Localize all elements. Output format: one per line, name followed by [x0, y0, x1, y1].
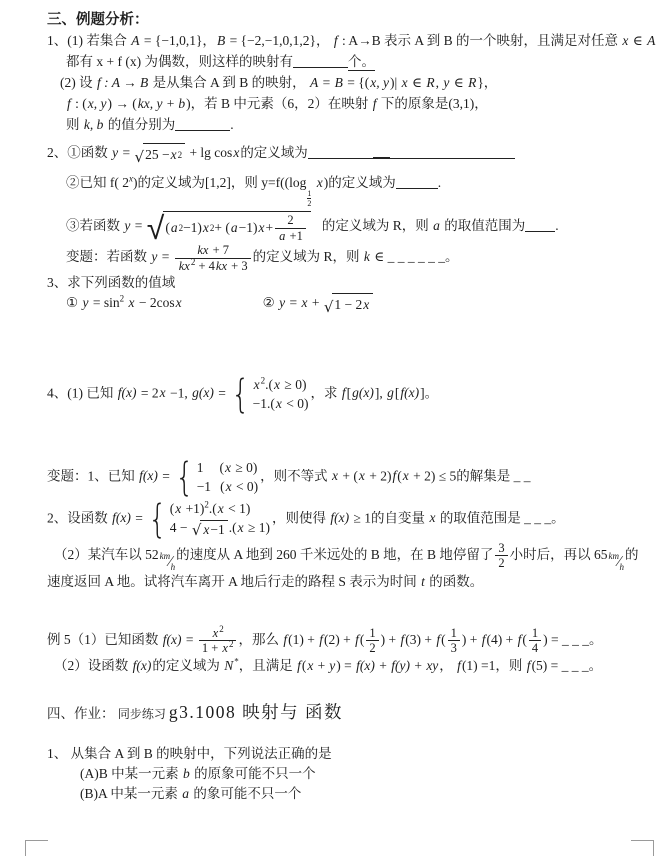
text-run: ≥ 1的自变量 [350, 510, 428, 525]
math-run: kx, y + b [137, 96, 186, 111]
text-run: 的原象可能不只一个 [191, 766, 316, 781]
math-run: N [223, 658, 234, 673]
math-run: x [258, 218, 266, 238]
text-run: .( [229, 520, 237, 535]
text-run: + 2) ≤ 5的解集是 _ _ [410, 468, 531, 483]
cases-rows: (x +1)2.(x < 1)4 − √x −1.(x ≥ 1) [170, 501, 270, 538]
math-run: g [386, 385, 395, 400]
problem-1-1-cont: 都有 x + f (x) 为偶数，则这样的映射有个。 [47, 52, 650, 72]
text-run: 是从集合 A 到 B 的映射， [149, 75, 309, 90]
text-run: 的定义域为 [240, 145, 308, 160]
text-run: + 4 [195, 259, 215, 273]
text-run: −1, [167, 385, 192, 400]
text-run: ，求 [311, 385, 341, 400]
text-run: (2) 设 [60, 75, 96, 90]
math-run: x [237, 520, 245, 535]
text-run: −1) [183, 218, 202, 238]
text-run: ③若函数 [66, 218, 123, 233]
math-run: g(x) [191, 385, 215, 400]
denominator: 3 [448, 641, 460, 655]
text-run: . [230, 117, 233, 132]
text-run: = [286, 295, 300, 310]
fraction: 32 [495, 541, 507, 571]
text-run: −1 [197, 479, 211, 494]
math-run: f(x) [162, 632, 183, 647]
brace-icon: { [175, 458, 193, 497]
denominator: 1 + x2 [199, 641, 237, 655]
text-run: 的值分别为 [104, 117, 175, 132]
math-run: f(x) [132, 658, 153, 673]
text-run: 同步练习 [118, 707, 169, 721]
text-run: 2、①函数 [47, 145, 111, 160]
radicand: 25 − x2 [143, 143, 185, 165]
text-run: = [215, 385, 229, 400]
text-run: . [438, 175, 441, 190]
square-root: √1 − 2x [324, 293, 373, 315]
text-run: = [119, 145, 133, 160]
homework-1-option-b: (B)A 中某一元素 a 的象可能不只一个 [47, 784, 650, 804]
page-margin-mark-right-icon [631, 840, 654, 856]
text-run: ∈ [629, 33, 646, 48]
math-run: y [278, 295, 286, 310]
text-run: )，若 B 中元素（6，2）在映射 [186, 96, 372, 111]
math-run: f : A → B [96, 75, 149, 90]
homework-1-option-a: (A)B 中某一元素 b 的原象可能不只一个 [47, 764, 650, 784]
text-run: . [555, 218, 558, 233]
text-run: 三、例题分析： [47, 12, 149, 28]
text-run: ，则使得 [272, 510, 329, 525]
text-run: + [411, 658, 425, 673]
text-run: 的取值范围是 _ _ _。 [436, 510, 564, 525]
text-run: < 0) [283, 396, 309, 411]
fraction: kx + 7kx2 + 4kx + 3 [175, 243, 251, 273]
math-run: x [159, 385, 167, 400]
text-run: = [131, 218, 145, 233]
text-run: + ( [339, 468, 358, 483]
text-run: < 1) [225, 501, 251, 516]
math-run: x [202, 218, 210, 238]
text-run: ( [522, 632, 527, 647]
radicand: (a2 −1)x2 + (a −1)x + 2a +1 [163, 211, 311, 243]
problem-2-1: 2、①函数 y = √25 − x2 + lg cosx的定义域为 [47, 143, 650, 165]
stack-top: 1 [307, 189, 311, 198]
math-run: x [202, 522, 210, 538]
problem-2-2: ②已知 f( 2x)的定义域为[1,2]，则 y=f((log12 x)的定义域… [47, 173, 650, 208]
blank-underline [175, 128, 230, 131]
blank-underline [525, 229, 555, 232]
text-run: 都有 x + f (x) 为偶数，则这样的映射有 [66, 54, 293, 69]
text-run: ) → ( [108, 96, 137, 111]
text-run: −1.( [253, 396, 275, 411]
piecewise-cases: {x2.(x ≥ 0)−1.(x < 0) [231, 377, 308, 412]
math-run: x [273, 377, 281, 392]
radicand: 1 − 2x [332, 293, 373, 315]
math-run: g(x) [351, 385, 375, 400]
fraction: x21 + x2 [199, 626, 237, 656]
text-run: ，则不等式 [260, 468, 331, 483]
homework-1: 1、 从集合 A 到 B 的映射中，下列说法正确的是 [47, 744, 650, 764]
text-run: 的 [625, 547, 639, 562]
text-run: ∈ [450, 75, 467, 90]
text-run: − 2cos [135, 295, 174, 310]
problem-3: 3、求下列函数的值域 [47, 273, 650, 293]
fraction: 14 [529, 626, 541, 656]
document-page: 三、例题分析：1、(1) 若集合 A = {−1,0,1}，B = {−2,−1… [0, 0, 668, 864]
text-run: = {−1,0,1}， [141, 33, 216, 48]
math-run: x [124, 295, 135, 310]
text-run: (3) + [405, 632, 435, 647]
text-run: ∈ [409, 75, 426, 90]
text-run: (2) + [324, 632, 354, 647]
text-run: (4) + [487, 632, 517, 647]
text-run: 的定义域为 R，则 [322, 218, 432, 233]
math-run: x [225, 479, 233, 494]
denominator: 2 [495, 556, 507, 570]
unit-km-per-h: km∕h [609, 552, 625, 572]
math-run: y [111, 145, 119, 160]
numerator: 1 [448, 626, 460, 641]
document-content: 三、例题分析：1、(1) 若集合 A = {−1,0,1}，B = {−2,−1… [47, 10, 650, 804]
text-run: < 0) [233, 479, 259, 494]
text-run: .( [209, 501, 217, 516]
text-run: ≥ 1) [245, 520, 270, 535]
math-run: kx [196, 243, 209, 257]
unit-km-per-h: km∕h [160, 552, 176, 572]
radical-sign-icon: √ [147, 211, 165, 243]
text-run: }， [477, 75, 497, 90]
text-run: 4 − [170, 520, 191, 535]
text-run: + lg cos [186, 145, 232, 160]
text-run: + 7 [209, 243, 229, 257]
text-run: = [158, 249, 172, 264]
text-run: −1) [239, 218, 258, 238]
math-run: x [316, 175, 324, 190]
text-run: = {−2,−1,0,1,2}， [226, 33, 333, 48]
text-run: )| [390, 75, 401, 90]
math-run: R [467, 75, 477, 90]
fraction: 12 [366, 626, 378, 656]
math-run: xy [425, 658, 439, 673]
text-run: ②已知 f( 2 [66, 175, 129, 190]
math-run: x [402, 468, 410, 483]
text-run: ) + [381, 632, 400, 647]
denominator: 2 [366, 641, 378, 655]
math-run: x [217, 501, 225, 516]
text-run: ]。 [420, 385, 438, 400]
text-run: 的取值范围为 [441, 218, 525, 233]
problem-2-variant: 变题：若函数 y = kx + 7kx2 + 4kx + 3的定义域为 R，则 … [47, 243, 650, 273]
text-run: + [308, 295, 322, 310]
math-run: a [181, 786, 190, 801]
text-run: −1 [210, 522, 224, 538]
math-run: f(x) [399, 385, 420, 400]
math-run: f(x) [355, 658, 376, 673]
math-run: x [224, 460, 232, 475]
stacked-subscript: 12 [307, 189, 311, 208]
cases-row: 4 − √x −1.(x ≥ 1) [170, 520, 270, 538]
math-run: x + y [306, 658, 336, 673]
math-run: kx [178, 259, 191, 273]
problem-4-1: 4、(1) 已知 f(x) = 2x −1, g(x) = {x2.(x ≥ 0… [47, 377, 650, 412]
text-run: = {( [344, 75, 369, 90]
numerator: kx + 7 [175, 243, 251, 258]
math-run: kx [215, 259, 228, 273]
math-run: x [401, 75, 409, 90]
text-run: 1 [197, 460, 204, 475]
text-run: 1、(1) 若集合 [47, 33, 130, 48]
math-run: x [362, 295, 370, 315]
math-run: x [253, 377, 261, 392]
math-run: f(x) [138, 468, 159, 483]
square-root: √25 − x2 [135, 143, 186, 165]
text-run: g3.1008 映射与 函数 [169, 702, 343, 722]
problem-1-2: (2) 设 f : A → B 是从集合 A 到 B 的映射， A = B = … [47, 73, 650, 93]
cases-rows: 1(x ≥ 0)−1(x < 0) [197, 460, 258, 495]
text-run: 下的原象是(3,1)， [377, 96, 487, 111]
text-run: （2）设函数 [54, 658, 132, 673]
numerator: 3 [495, 541, 507, 556]
cases-row: 1(x ≥ 0) [197, 460, 258, 476]
math-run: x, y [369, 75, 390, 90]
cases-row: −1.(x < 0) [253, 396, 309, 412]
text-run: 3、求下列函数的值域 [47, 275, 175, 290]
text-run: + [376, 658, 390, 673]
text-run: = [132, 510, 146, 525]
text-run: ，那么 [238, 632, 282, 647]
cases-rows: x2.(x ≥ 0)−1.(x < 0) [253, 377, 309, 412]
text-run: = sin [89, 295, 119, 310]
math-run: x [175, 295, 183, 310]
fraction: 2a +1 [275, 213, 306, 243]
cases-row: x2.(x ≥ 0) [253, 377, 309, 393]
math-run: x, y [87, 96, 108, 111]
text-run: ) = _ _ _。 [543, 632, 602, 647]
text-run: + ( [214, 218, 229, 238]
text-run: ≥ 0) [232, 460, 257, 475]
text-run: +1 [286, 229, 302, 243]
text-run: 的速度从 A 地到 260 千米远处的 B 地，在 B 地停留了 [176, 547, 493, 562]
numerator: 1 [529, 626, 541, 641]
denominator: kx2 + 4kx + 3 [175, 259, 251, 273]
text-run: : ( [72, 96, 87, 111]
problem-4-2: （2）某汽车以 52km∕h的速度从 A 地到 260 千米远处的 B 地，在 … [47, 541, 650, 572]
problem-4-variant-1: 变题：1、已知 f(x) = {1(x ≥ 0)−1(x < 0)，则不等式 x… [47, 460, 650, 495]
text-run: 速度返回 A 地。试将汽车离开 A 地后行走的路程 S 表示为时间 [47, 574, 420, 589]
text-run: (A)B 中某一元素 [80, 766, 182, 781]
text-run: : A→B 表示 A 到 B 的一个映射，且满足对任意 [339, 33, 622, 48]
cases-row: (x +1)2.(x < 1) [170, 501, 270, 517]
text-run: ) + [462, 632, 481, 647]
text-run: ( [360, 632, 365, 647]
text-run: (1) + [288, 632, 318, 647]
text-run: ① [66, 295, 81, 310]
math-run: A [309, 75, 319, 90]
section-3-heading: 三、例题分析： [47, 10, 650, 30]
blank-underline [396, 186, 438, 189]
math-run: b [182, 766, 191, 781]
denominator: a +1 [275, 229, 306, 243]
example-5-1: 例 5（1）已知函数 f(x) = x21 + x2，那么 f(1) + f(2… [47, 626, 650, 656]
page-margin-mark-left-icon [25, 840, 48, 856]
text-run: 例 5（1）已知函数 [47, 632, 162, 647]
text-run: ( [220, 479, 225, 494]
math-run: A [130, 33, 140, 48]
math-run: x [221, 641, 229, 655]
text-run: ], [375, 385, 386, 400]
problem-2-3: ③若函数 y = √(a2 −1)x2 + (a −1)x + 2a +1的定义… [47, 211, 650, 243]
text-run: 1、 从集合 A 到 B 的映射中，下列说法正确的是 [47, 746, 332, 761]
math-run: k, b [83, 117, 105, 132]
math-run: f(y) [390, 658, 411, 673]
stack-bottom: 2 [307, 198, 311, 208]
problem-4-2-cont: 速度返回 A 地。试将汽车离开 A 地后行走的路程 S 表示为时间 t 的函数。 [47, 572, 650, 592]
math-run: x [174, 501, 182, 516]
text-run: +1) [182, 501, 204, 516]
text-run: 则 [66, 117, 83, 132]
text-run: = [319, 75, 333, 90]
math-run: x [358, 468, 366, 483]
problem-1-1: 1、(1) 若集合 A = {−1,0,1}，B = {−2,−1,0,1,2}… [47, 31, 650, 51]
text-run: 2、设函数 [47, 510, 111, 525]
problem-4-variant-2: 2、设函数 f(x) = {(x +1)2.(x < 1)4 − √x −1.(… [47, 501, 650, 538]
section-4-heading: 四、作业： 同步练习 g3.1008 映射与 函数 [47, 702, 650, 724]
unit-denominator: h [620, 563, 625, 572]
math-run: x [170, 145, 178, 165]
piecewise-cases: {(x +1)2.(x < 1)4 − √x −1.(x ≥ 1) [148, 501, 270, 538]
problem-1-2-cont: f : (x, y) → (kx, y + b)，若 B 中元素（6，2）在映射… [47, 94, 650, 114]
math-run: A [646, 33, 656, 48]
blank-underline [308, 156, 373, 159]
text-run: ， [439, 658, 456, 673]
text-run: 4、(1) 已知 [47, 385, 117, 400]
denominator: 4 [529, 641, 541, 655]
math-run: f(x) [329, 510, 350, 525]
piecewise-cases: {1(x ≥ 0)−1(x < 0) [175, 460, 258, 495]
text-run: 的定义域为 R，则 [253, 249, 363, 264]
text-run: 的函数。 [426, 574, 483, 589]
text-run: )的定义域为 [324, 175, 396, 190]
text-run: 25 − [145, 145, 170, 165]
math-run: R [425, 75, 435, 90]
blank-underline [390, 156, 515, 159]
text-run: (5) = _ _ _。 [532, 658, 603, 673]
math-run: B [216, 33, 226, 48]
cases-row: −1(x < 0) [197, 479, 258, 495]
math-run: k [363, 249, 371, 264]
text-run: 小时后，再以 65 [510, 547, 608, 562]
text-run: 变题：若函数 [66, 249, 150, 264]
text-run: ∈ _ _ _ _ _ _。 [371, 249, 459, 264]
text-run: = [182, 632, 196, 647]
text-run: ( [441, 632, 446, 647]
text-run: + 3 [228, 259, 248, 273]
text-run: )的定义域为[1,2]，则 y=f((log [133, 175, 306, 190]
superscript: 2 [229, 639, 234, 649]
text-run: 的定义域为 [152, 658, 223, 673]
text-run: ② [263, 295, 278, 310]
text-run: 1 + [202, 641, 222, 655]
math-run: x [331, 468, 339, 483]
text-run: 个。 [348, 54, 375, 71]
text-run: (B)A 中某一元素 [80, 786, 181, 801]
fraction: 13 [448, 626, 460, 656]
unit-denominator: h [171, 563, 176, 572]
numerator: 2 [275, 213, 306, 228]
text-run: .( [265, 377, 273, 392]
text-run: = 2 [137, 385, 158, 400]
text-run: = [159, 468, 173, 483]
text-run: 1 − 2 [334, 295, 362, 315]
blank-underline [293, 65, 348, 68]
blank-underline [373, 155, 390, 159]
brace-icon: { [148, 500, 166, 539]
radicand: x −1 [200, 520, 227, 538]
text-run: 变题：1、已知 [47, 468, 138, 483]
text-run: ≥ 0) [281, 377, 306, 392]
example-5-2: （2）设函数 f(x)的定义域为 N*，且满足 f(x + y) = f(x) … [47, 656, 650, 676]
text-run: ，且满足 [239, 658, 296, 673]
math-run: a [170, 218, 179, 238]
math-run: a [432, 218, 441, 233]
math-run: x [275, 396, 283, 411]
text-run: + 2) [366, 468, 392, 483]
text-run: （2）某汽车以 52 [54, 547, 159, 562]
text-run: (1) =1，则 [462, 658, 526, 673]
math-run: f(x) [111, 510, 132, 525]
text-run: ) = [336, 658, 355, 673]
math-run: B [334, 75, 344, 90]
superscript: 2 [219, 624, 224, 634]
square-root: √x −1 [192, 520, 228, 538]
problem-3-items: ① y = sin2 x − 2cosx② y = x + √1 − 2x [47, 293, 650, 315]
square-root: √(a2 −1)x2 + (a −1)x + 2a +1 [147, 211, 311, 243]
problem-1-2-answer: 则 k, b 的值分别为. [47, 115, 650, 135]
math-run: a [230, 218, 239, 238]
text-run: + [266, 218, 274, 238]
text-run: 四、作业： [47, 706, 118, 721]
text-run: 的象可能不只一个 [190, 786, 301, 801]
math-run: f(x) [117, 385, 138, 400]
numerator: 1 [366, 626, 378, 641]
brace-icon: { [231, 375, 249, 414]
